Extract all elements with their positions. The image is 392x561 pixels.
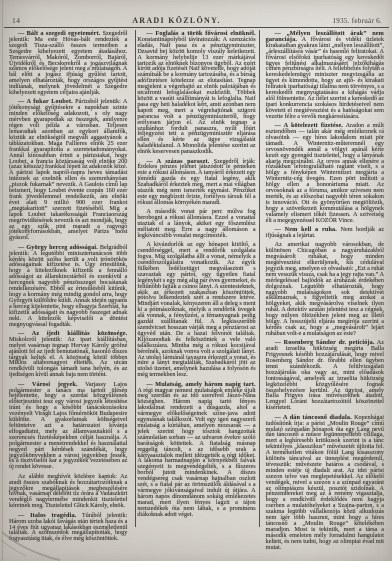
paragraph-text: Szegedről írják: Érdekes pénzes jelenet …	[137, 158, 255, 206]
news-paragraph: — Foglalás a török fővárosi elnöknél. Ko…	[137, 31, 255, 155]
paragraph-text: Konstantinápolyból táviratozzák: A szenz…	[137, 36, 255, 155]
news-paragraph: Az amerikai nagyobb városokban, de külön…	[266, 242, 384, 337]
column-divider	[259, 30, 260, 527]
news-paragraph: — Nem kell a ruha. Nem hordják az ifjúsá…	[266, 227, 384, 239]
columns-container: — Bált a szegedi egyetemért. Szegedről j…	[4, 30, 389, 561]
masthead-title: ARADI KÖZLÖNY.	[132, 16, 221, 25]
news-paragraph: — A százas paraszt. Szegedről írják: Érd…	[137, 159, 255, 206]
news-column: — „Mélyen leszállított árak” nem garanci…	[261, 30, 389, 561]
news-paragraph: — A fukar Loubet. Párizsból jelentik: A …	[9, 99, 127, 241]
news-paragraph: — Mulatság, amely három napig tart. A ré…	[137, 382, 255, 518]
paragraph-text: Miskolcról jelentik: Az ipari kiállításb…	[9, 336, 127, 378]
page-number: 14	[9, 16, 21, 25]
news-column: — Bált a szegedi egyetemért. Szegedről j…	[4, 30, 132, 561]
paragraph-text: Az aradi izraelita hitközség megírta Bal…	[266, 339, 384, 411]
paragraph-text: Az alábbi meghívót közlésre kaptuk: Az a…	[9, 473, 127, 510]
news-paragraph: — Rosenberg Sándor dr. petíciója. Az ara…	[266, 340, 384, 411]
news-paragraph: A második vonat pár perc múlva fog berob…	[137, 209, 255, 239]
news-paragraph: — Italos tragédia. Túrából jelentik: Hár…	[9, 513, 127, 543]
newspaper-page: 14 ARADI KÖZLÖNY. 1935. február 6. — Bál…	[0, 0, 392, 561]
news-paragraph: — A dán táncosnő diadala. Kopenhágai tud…	[266, 415, 384, 551]
news-paragraph: — Az ijedt kiállítás közönsége. Miskolcr…	[9, 331, 127, 378]
paragraph-text: A kivándorlók az egy hónapot kitöltő, a …	[137, 241, 255, 378]
news-paragraph: A kivándorlók az egy hónapot kitöltő, a …	[137, 242, 255, 378]
news-paragraph: — „Mélyen leszállított árak” nem garanci…	[266, 31, 384, 120]
paragraph-text: A fővárosi és vidéki üzletek kirakataiba…	[266, 36, 384, 120]
news-paragraph: Az alábbi meghívót közlésre kaptuk: Az a…	[9, 474, 127, 509]
paragraph-text: Kopenhágai tudósítónk írja: a párisi „Mo…	[266, 414, 384, 551]
news-paragraph: — A kötelezett fizetése. Aradon a múlt e…	[266, 123, 384, 223]
column-divider	[135, 30, 136, 527]
paragraph-text: Az amerikai nagyobb városokban, de külön…	[266, 241, 384, 337]
news-paragraph: — Bált a szegedi egyetemért. Szegedről j…	[9, 31, 127, 96]
paragraph-text: A második vonat pár perc múlva fog berob…	[137, 208, 255, 239]
paragraph-text: Párizsból jelentik: A jótékonysági gyűjt…	[9, 98, 127, 241]
scan-scratch-line	[2, 0, 3, 561]
paragraph-text: Belgrádból jelentik: A legutóbbi miniszt…	[9, 244, 127, 328]
page-header: 14 ARADI KÖZLÖNY. 1935. február 6.	[9, 16, 382, 26]
news-column: — Foglalás a török fővárosi elnöknél. Ko…	[132, 30, 260, 561]
paragraph-text: Szegedről jelentik: Ma este Hóvas-bált r…	[9, 30, 127, 96]
issue-date: 1935. február 6.	[332, 17, 382, 25]
news-paragraph: — György herceg adósságai. Belgrádból je…	[9, 245, 127, 328]
paragraph-text: Varjassy Lajos polgármester a tanács ma …	[9, 381, 127, 471]
paragraph-text: A régi magyar nemesi mulatságok emléke ú…	[137, 387, 255, 518]
header-rule	[4, 27, 389, 28]
paragraph-text: Aradon a múlt esztendőben — talán akár m…	[266, 122, 384, 224]
news-paragraph: — Városi jegyek. Varjassy Lajos polgárme…	[9, 382, 127, 471]
